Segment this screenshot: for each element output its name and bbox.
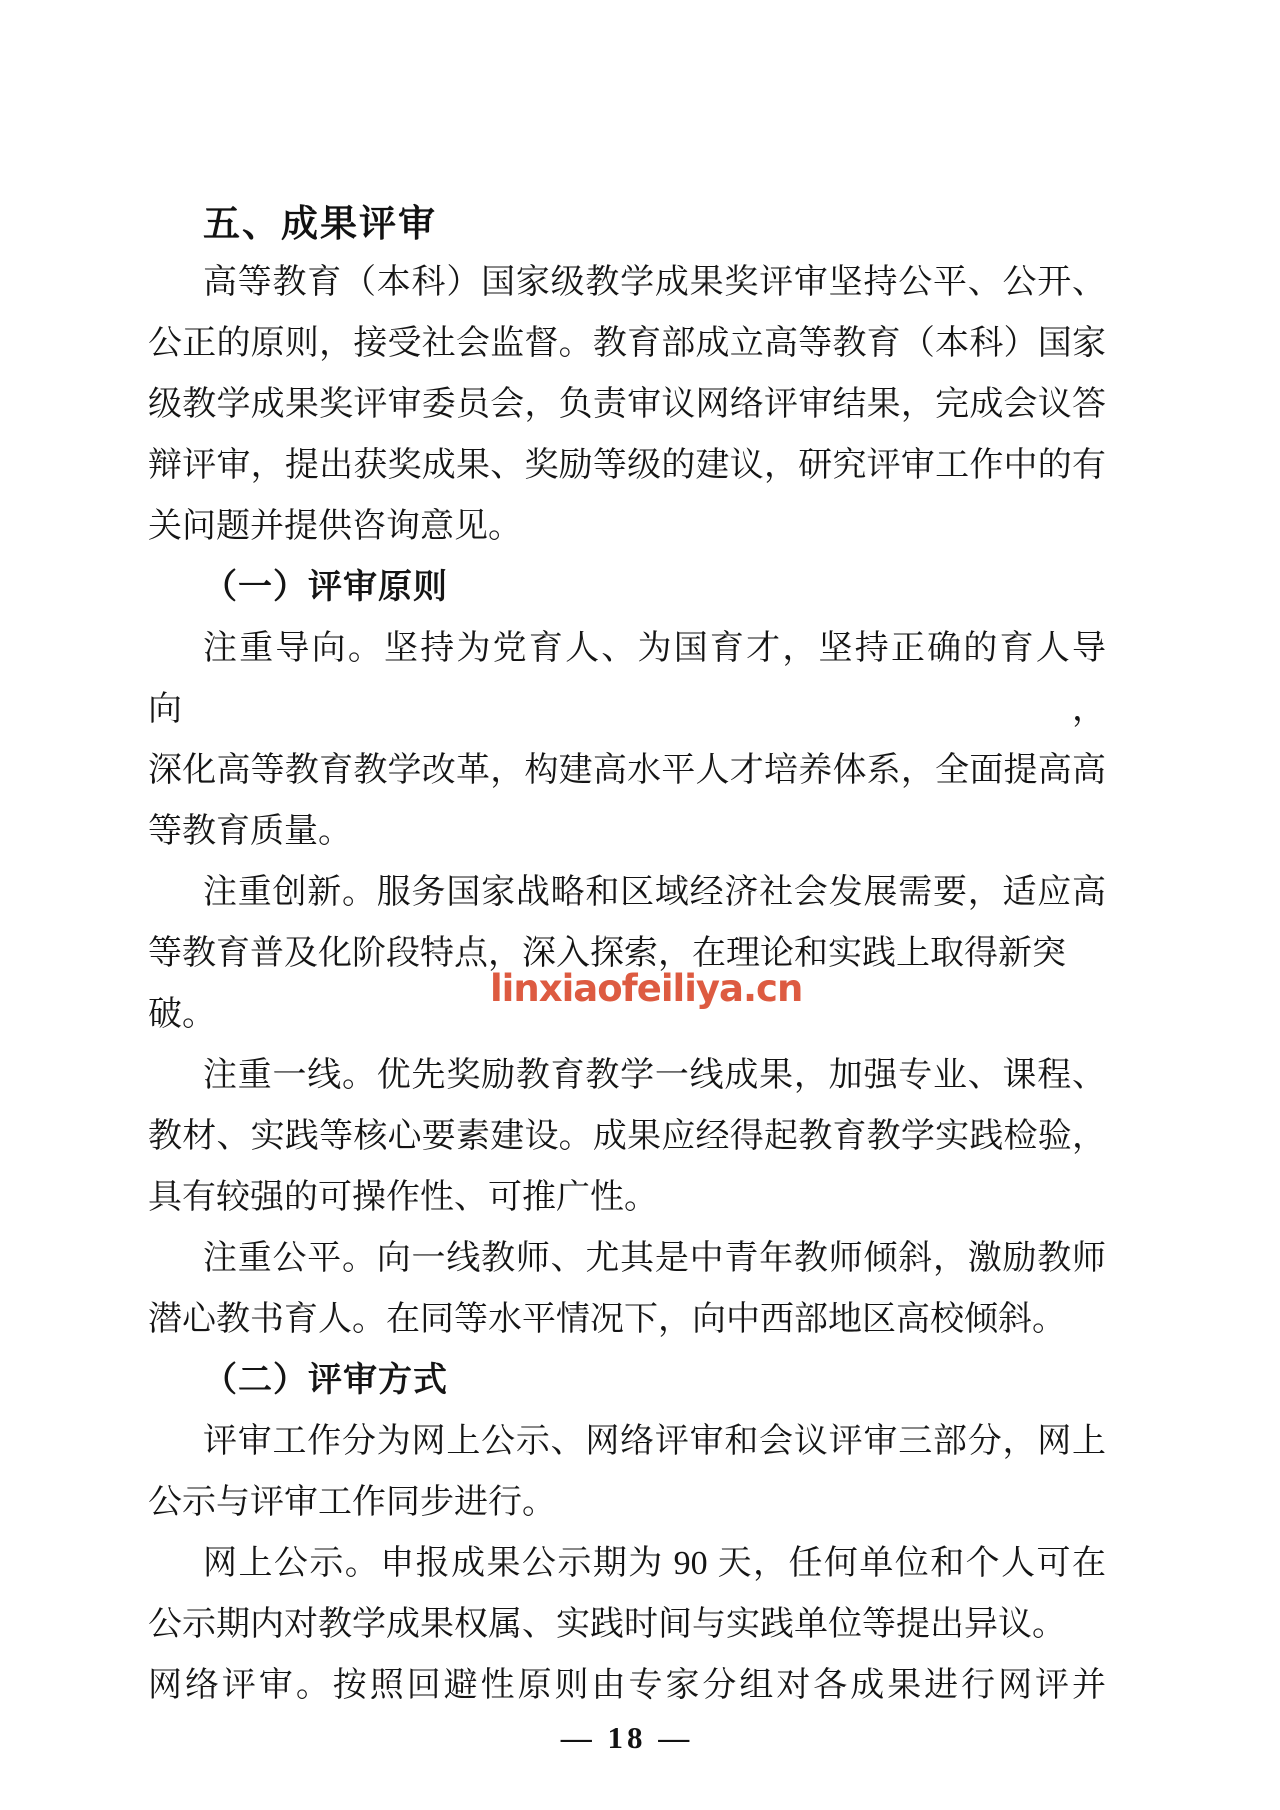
text-line: 辩评审，提出获奖成果、奖励等级的建议，研究评审工作中的有 xyxy=(148,435,1106,496)
document-page: 五、成果评审 高等教育（本科）国家级教学成果奖评审坚持公平、公开、公正的原则，接… xyxy=(0,0,1280,1810)
text-line: 深化高等教育教学改革，构建高水平人才培养体系，全面提高高 xyxy=(148,740,1106,801)
text-line: 网络评审。按照回避性原则由专家分组对各成果进行网评并 xyxy=(148,1655,1106,1716)
text-line: 网上公示。申报成果公示期为 90 天，任何单位和个人可在 xyxy=(148,1533,1106,1594)
text-line: 公示期内对教学成果权属、实践时间与实践单位等提出异议。 xyxy=(148,1594,1106,1655)
text-line: 教材、实践等核心要素建设。成果应经得起教育教学实践检验， xyxy=(148,1106,1106,1167)
text-line: 高等教育（本科）国家级教学成果奖评审坚持公平、公开、 xyxy=(148,252,1106,313)
text-line: 注重一线。优先奖励教育教学一线成果，加强专业、课程、 xyxy=(148,1045,1106,1106)
section-title: 五、成果评审 xyxy=(148,196,1106,252)
text-line: 公示与评审工作同步进行。 xyxy=(148,1472,1106,1533)
text-line: 注重公平。向一线教师、尤其是中青年教师倾斜，激励教师 xyxy=(148,1228,1106,1289)
text-line: 级教学成果奖评审委员会，负责审议网络评审结果，完成会议答 xyxy=(148,374,1106,435)
text-line: 公正的原则，接受社会监督。教育部成立高等教育（本科）国家 xyxy=(148,313,1106,374)
text-line: 等教育质量。 xyxy=(148,801,1106,862)
text-line: 具有较强的可操作性、可推广性。 xyxy=(148,1167,1106,1228)
text-line: 注重导向。坚持为党育人、为国育才，坚持正确的育人导向， xyxy=(148,618,1106,740)
text-line: 关问题并提供咨询意见。 xyxy=(148,496,1106,557)
text-line: 注重创新。服务国家战略和区域经济社会发展需要，适应高 xyxy=(148,862,1106,923)
page-number: — 18 — xyxy=(148,1716,1106,1760)
text-line: 潜心教书育人。在同等水平情况下，向中西部地区高校倾斜。 xyxy=(148,1289,1106,1350)
section-heading: （一）评审原则 xyxy=(148,557,1106,618)
text-line: 评审工作分为网上公示、网络评审和会议评审三部分，网上 xyxy=(148,1411,1106,1472)
section-heading: （二）评审方式 xyxy=(148,1350,1106,1411)
watermark: linxiaofeiliya.cn xyxy=(490,968,802,1010)
